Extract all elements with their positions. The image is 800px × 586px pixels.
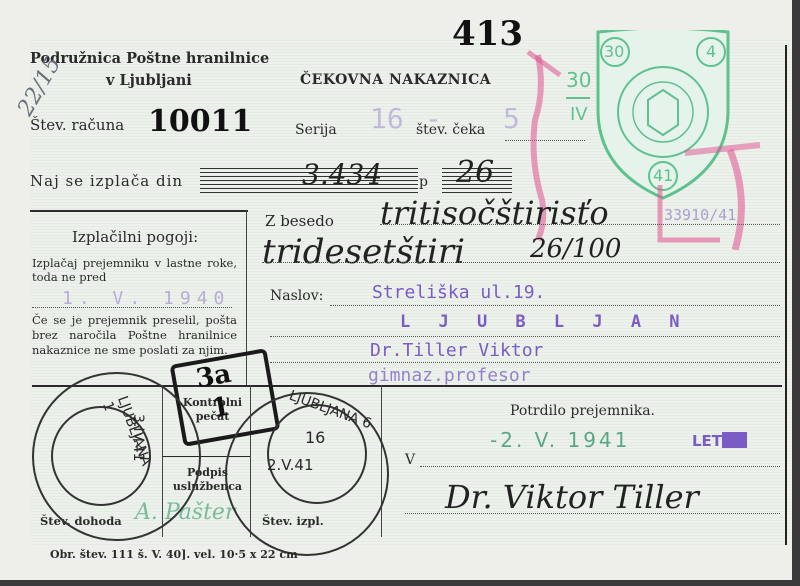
place-label: V xyxy=(405,452,415,468)
postmark-right: LJUBLJANA 6 16 2.V.41 xyxy=(225,392,389,556)
conditions-text2: Če se je prejemnik preselil, pošta brez … xyxy=(32,313,237,358)
words-dotline2 xyxy=(262,262,780,263)
place-dotline xyxy=(420,466,780,467)
postmark-right-num: 16 xyxy=(305,428,325,447)
amount-label: Naj se izplača din xyxy=(30,172,183,190)
form-title: ČEKOVNA NAKAZNICA xyxy=(300,72,491,88)
right-frame-rule xyxy=(785,45,787,545)
conditions-dotline xyxy=(32,307,232,308)
words-dotline1 xyxy=(380,224,780,225)
words-line1: tritisočštirisťo xyxy=(380,194,609,232)
words-stamp-number: 33910/41 xyxy=(664,206,736,224)
money-order-form: 413 Podružnica Poštne hranilnice v Ljubl… xyxy=(0,0,792,580)
not-before-date-stamp: 1. V. 1940 xyxy=(62,288,230,309)
receipt-date-stamp: -2. V. 1941 xyxy=(490,428,630,452)
address-label: Naslov: xyxy=(270,288,323,304)
words-fraction: 26/100 xyxy=(530,234,621,264)
postmark-left-date: 3.IV.41 xyxy=(130,414,146,462)
address-line3: Dr.Tiller Viktor xyxy=(370,340,543,361)
address-line1: Streliška ul.19. xyxy=(372,282,545,303)
para-label: p xyxy=(419,174,428,190)
words-label: Z besedo xyxy=(265,212,334,230)
conditions-top-rule xyxy=(30,210,248,212)
signature-dotline xyxy=(405,513,780,514)
form-footer: Obr. štev. 111 š. V. 40]. vel. 10·5 x 22… xyxy=(50,548,298,561)
conditions-heading: Izplačilni pogoji: xyxy=(72,228,198,246)
amount-dinars: 3.434 xyxy=(302,158,382,191)
control-box-bottom: 1 xyxy=(209,392,232,425)
account-label: Štev. računa xyxy=(30,116,124,134)
amount-paras: 26 xyxy=(456,155,494,190)
control-box-top: 3a xyxy=(194,359,234,395)
recipient-signature: Dr. Viktor Tiller xyxy=(445,478,699,516)
postmark-right-date: 2.V.41 xyxy=(267,456,314,474)
address-line2: L J U B L J A N xyxy=(400,312,689,332)
check-number-label: štev. čeka xyxy=(416,122,485,138)
address-dotline3 xyxy=(270,362,780,363)
form-number: 413 xyxy=(452,14,523,54)
location-stamp-blot xyxy=(722,432,747,448)
series-label: Serija xyxy=(295,122,337,138)
postmark-left: LJUBLJANA 1 3.IV.41 xyxy=(32,372,201,541)
account-number: 10011 xyxy=(148,104,252,139)
series-stamp: 16 xyxy=(370,102,404,135)
check-number-stamp: 5 xyxy=(503,102,520,135)
address-dotline1 xyxy=(330,305,780,306)
address-dotline2 xyxy=(270,336,780,337)
words-line2: tridesetštiri xyxy=(262,232,465,272)
institution-line2: v Ljubljani xyxy=(106,72,192,89)
address-line4: gimnaz.profesor xyxy=(368,365,531,386)
receipt-label: Potrdilo prejemnika. xyxy=(510,403,655,419)
conditions-text1: Izplačaj prejemniku v lastne roke, toda … xyxy=(32,256,237,284)
